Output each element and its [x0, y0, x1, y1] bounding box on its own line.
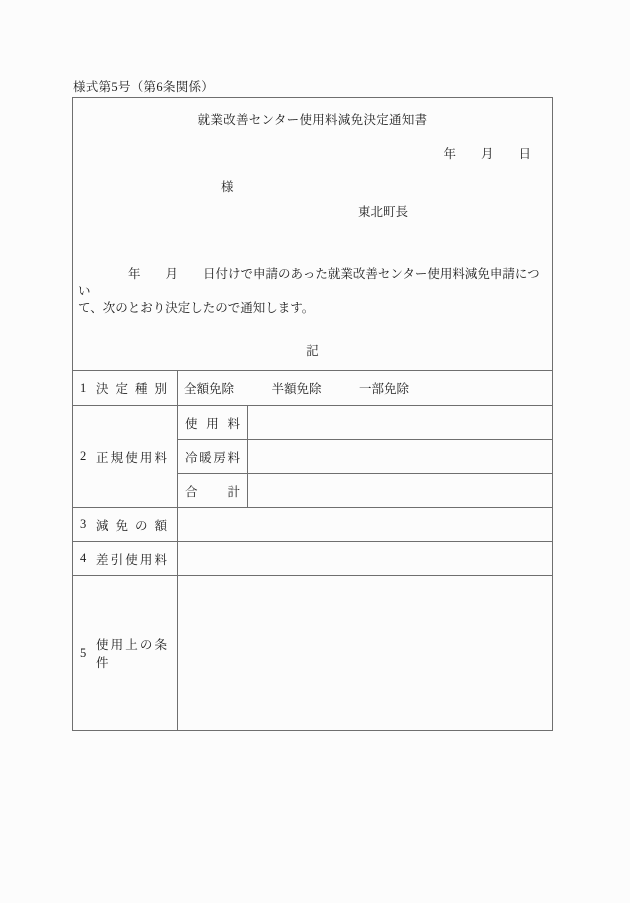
addressee-suffix: 様 [73, 179, 552, 195]
total-fee-label: 合計 [178, 482, 247, 500]
document-title: 就業改善センター使用料減免決定通知書 [73, 112, 552, 128]
usage-conditions-value-cell [178, 576, 553, 731]
decision-type-options: 全額免除 半額免除 一部免除 [178, 379, 552, 397]
row1-number: 1 [80, 381, 96, 396]
row2-label-cell: 2 正規使用料 [73, 406, 178, 508]
row3-label-cell: 3 減免の額 [73, 508, 178, 542]
form-sheet: 様式第5号（第6条関係） 就業改善センター使用料減免決定通知書 年 月 日 様 … [72, 79, 553, 731]
date-line: 年 月 日 [73, 146, 552, 162]
row4-label-cell: 4 差引使用料 [73, 542, 178, 576]
table-row-decision-type: 1 決定種別 全額免除 半額免除 一部免除 [73, 371, 553, 406]
hvac-fee-label: 冷暖房料 [178, 448, 247, 466]
row1-label: 決定種別 [96, 379, 167, 397]
row4-label: 差引使用料 [96, 550, 167, 568]
net-fee-value-cell [178, 542, 553, 576]
hvac-fee-value-cell [248, 440, 553, 474]
decision-type-options-cell: 全額免除 半額免除 一部免除 [178, 371, 553, 406]
record-mark: 記 [73, 343, 552, 370]
table-row-usage-conditions: 5 使用上の条件 [73, 576, 553, 731]
hvac-fee-label-cell: 冷暖房料 [178, 440, 248, 474]
usage-fee-value-cell [248, 406, 553, 440]
usage-fee-label: 使用料 [178, 414, 247, 432]
row3-label: 減免の額 [96, 516, 167, 534]
row1-label-cell: 1 決定種別 [73, 371, 178, 406]
total-fee-label-cell: 合計 [178, 474, 248, 508]
table-row-exemption-amount: 3 減免の額 [73, 508, 553, 542]
document-box: 就業改善センター使用料減免決定通知書 年 月 日 様 東北町長 年 月 日付けで… [72, 97, 553, 370]
row2-number: 2 [80, 449, 96, 464]
exemption-amount-value-cell [178, 508, 553, 542]
row2-label: 正規使用料 [96, 448, 167, 466]
row5-label: 使用上の条件 [96, 635, 167, 671]
usage-fee-label-cell: 使用料 [178, 406, 248, 440]
body-line-2: て、次のとおり決定したので通知します。 [78, 300, 547, 317]
decision-table: 1 決定種別 全額免除 半額免除 一部免除 2 正規使用料 使用料 [72, 370, 553, 731]
document-page: { "page": { "form_number": "様式第5号（第6条関係）… [0, 0, 630, 903]
row4-number: 4 [80, 551, 96, 566]
body-paragraph: 年 月 日付けで申請のあった就業改善センター使用料減免申請につい て、次のとおり… [73, 266, 552, 317]
table-row-net-fee: 4 差引使用料 [73, 542, 553, 576]
sender-name: 東北町長 [73, 204, 552, 220]
row5-label-cell: 5 使用上の条件 [73, 576, 178, 731]
body-line-1: 年 月 日付けで申請のあった就業改善センター使用料減免申請につい [78, 266, 547, 300]
row3-number: 3 [80, 517, 96, 532]
table-row-regular-fee-usage: 2 正規使用料 使用料 [73, 406, 553, 440]
total-fee-value-cell [248, 474, 553, 508]
row5-number: 5 [80, 646, 96, 661]
form-number: 様式第5号（第6条関係） [73, 79, 553, 95]
